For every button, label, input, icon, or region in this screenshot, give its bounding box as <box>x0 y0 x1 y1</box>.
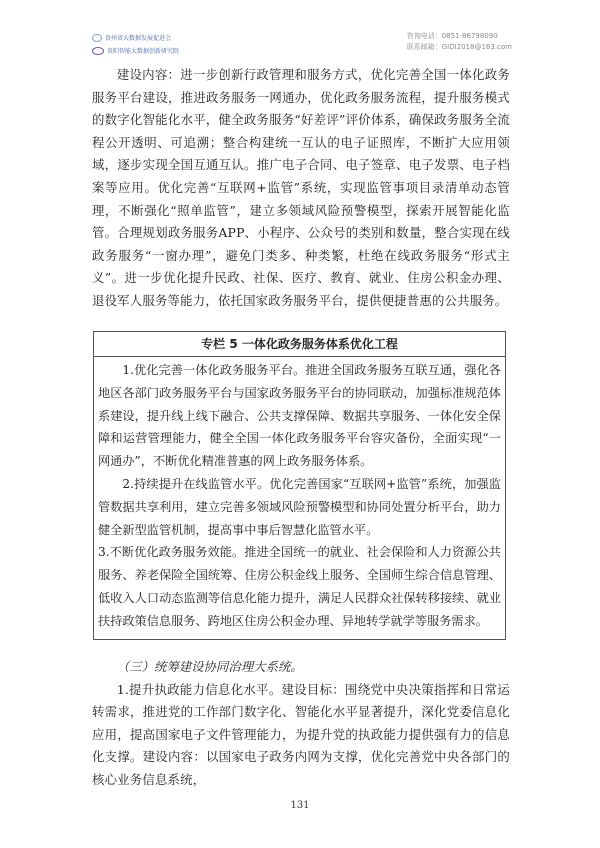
logo-text: 贵州省大数据发展促进会 <box>105 33 171 42</box>
email-line: 联系邮箱：GIDI2018@163.com <box>407 42 512 53</box>
box-item-1: 1.优化完善一体化政务服务平台。推进全国政务服务互联互通，强化各地区各部门政务服… <box>98 359 501 473</box>
phone-number: 0851-86798090 <box>442 32 498 40</box>
box-item-3: 3.不断优化政务服务效能。推进全国统一的就业、社会保险和人力资源公共服务、养老保… <box>98 541 501 632</box>
logo-group: 贵州省大数据发展促进会 贵阳智能大数据创新研究院 <box>92 32 202 58</box>
email-label: 联系邮箱： <box>407 43 442 51</box>
intro-paragraph: 建设内容：进一步创新行政管理和服务方式，优化完善全国一体化政务服务平台建设，推进… <box>92 64 510 313</box>
box-item-2: 2.持续提升在线监管水平。优化完善国家“互联网+监管”系统，加强监管数据共享利用… <box>98 473 501 541</box>
box-title: 专栏 5 一体化政务服务体系优化工程 <box>94 332 505 357</box>
page-number: 131 <box>0 800 600 811</box>
intro-section: 建设内容：进一步创新行政管理和服务方式，优化完善全国一体化政务服务平台建设，推进… <box>92 64 510 313</box>
institute-logo-icon <box>92 47 104 55</box>
logo-research-institute: 贵阳智能大数据创新研究院 <box>92 45 202 56</box>
section-paragraph: 1.提升执政能力信息化水平。建设目标：围绕党中央决策指挥和日常运转需求，推进党的… <box>92 679 510 792</box>
email-address: GIDI2018@163.com <box>442 43 512 51</box>
logo-text: 贵阳智能大数据创新研究院 <box>107 46 179 55</box>
page-header: 贵州省大数据发展促进会 贵阳智能大数据创新研究院 咨询电话：0851-86798… <box>0 30 600 56</box>
association-logo-icon <box>92 34 102 42</box>
phone-label: 咨询电话： <box>407 32 442 40</box>
box-body: 1.优化完善一体化政务服务平台。推进全国政务服务互联互通，强化各地区各部门政务服… <box>94 357 505 633</box>
column-box: 专栏 5 一体化政务服务体系优化工程 1.优化完善一体化政务服务平台。推进全国政… <box>93 331 506 640</box>
section-three: （三）统筹建设协同治理大系统。 1.提升执政能力信息化水平。建设目标：围绕党中央… <box>92 656 510 792</box>
phone-line: 咨询电话：0851-86798090 <box>407 31 512 42</box>
logo-promotion-association: 贵州省大数据发展促进会 <box>92 32 202 43</box>
contact-info: 咨询电话：0851-86798090 联系邮箱：GIDI2018@163.com <box>407 31 512 53</box>
section-heading: （三）统筹建设协同治理大系统。 <box>92 656 510 679</box>
